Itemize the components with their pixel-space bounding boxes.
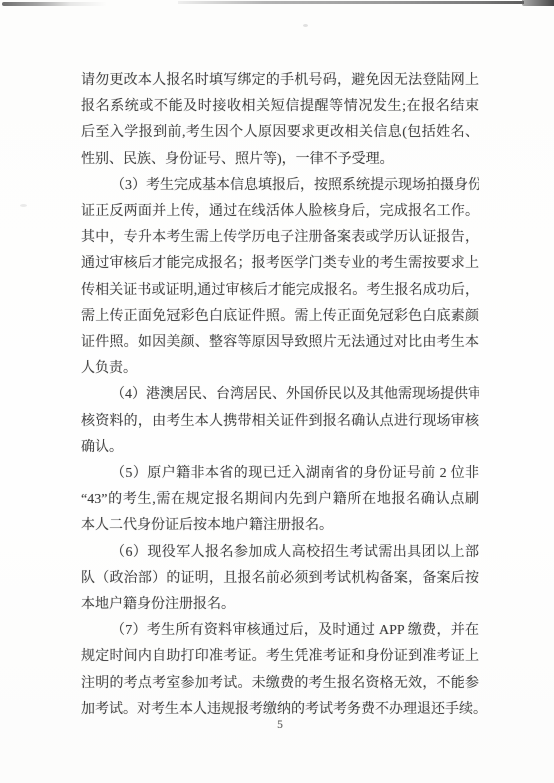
text-line: 队（政治部）的证明，且报名前必须到考试机构备案，备案后按: [81, 566, 479, 592]
scanned-page: 请勿更改本人报名时填写绑定的手机号码，避免因无法登陆网上报名系统或不能及时接收相…: [0, 0, 554, 783]
text-line: 后至入学报到前,考生因个人原因要求更改相关信息(包括姓名、: [81, 120, 479, 146]
text-line: （3）考生完成基本信息填报后，按照系统提示现场拍摄身份: [81, 173, 479, 199]
text-line: 证正反两面并上传，通过在线活体人脸核身后，完成报名工作。: [81, 199, 479, 225]
document-body: 请勿更改本人报名时填写绑定的手机号码，避免因无法登陆网上报名系统或不能及时接收相…: [81, 68, 479, 723]
text-line: 人负责。: [81, 356, 479, 382]
text-line: “43”的考生,需在规定报名期间内先到户籍所在地报名确认点刷: [81, 487, 479, 513]
paragraph-item-5: （5）原户籍非本省的现已迁入湖南省的身份证号前 2 位非“43”的考生,需在规定…: [81, 461, 479, 540]
text-line: 其中，专升本考生需上传学历电子注册备案表或学历认证报告，: [81, 225, 479, 251]
scan-artifact-top-left-streak: [2, 2, 107, 6]
text-line: 证件照。如因美颜、整容等原因导致照片无法通过对比由考生本: [81, 330, 479, 356]
scan-smudge: [303, 24, 308, 27]
paragraph-item-6: （6）现役军人报名参加成人高校招生考试需出具团以上部队（政治部）的证明，且报名前…: [81, 540, 479, 619]
text-line: 性别、民族、身份证号、照片等)，一律不予受理。: [81, 147, 479, 173]
page-number: 5: [81, 719, 479, 731]
text-line: 通过审核后才能完成报名；报考医学门类专业的考生需按要求上: [81, 251, 479, 277]
paragraph-item-3: （3）考生完成基本信息填报后，按照系统提示现场拍摄身份证正反两面并上传，通过在线…: [81, 173, 479, 383]
text-line: 传相关证书或证明,通过审核后才能完成报名。考生报名成功后，: [81, 278, 479, 304]
text-line: （7）考生所有资料审核通过后，及时通过 APP 缴费，并在: [81, 618, 479, 644]
text-line: 需上传正面免冠彩色白底证件照。需上传正面免冠彩色白底素颜: [81, 304, 479, 330]
scan-artifact-top-line: [178, 1, 524, 4]
text-line: （4）港澳居民、台湾居民、外国侨民以及其他需现场提供审: [81, 382, 479, 408]
text-line: （6）现役军人报名参加成人高校招生考试需出具团以上部: [81, 540, 479, 566]
text-line: 注明的考点考室参加考试。未缴费的考生报名资格无效，不能参: [81, 671, 479, 697]
text-line: 本人二代身份证后按本地户籍注册报名。: [81, 513, 479, 539]
text-line: 本地户籍身份注册报名。: [81, 592, 479, 618]
paragraph-item-7: （7）考生所有资料审核通过后，及时通过 APP 缴费，并在规定时间内自助打印准考…: [81, 618, 479, 723]
text-line: 请勿更改本人报名时填写绑定的手机号码，避免因无法登陆网上: [81, 68, 479, 94]
text-line: （5）原户籍非本省的现已迁入湖南省的身份证号前 2 位非: [81, 461, 479, 487]
scan-smudge: [20, 204, 27, 207]
text-line: 确认。: [81, 435, 479, 461]
text-line: 规定时间内自助打印准考证。考生凭准考证和身份证到准考证上: [81, 644, 479, 670]
text-line: 报名系统或不能及时接收相关短信提醒等情况发生;在报名结束: [81, 94, 479, 120]
paragraph-intro-continuation: 请勿更改本人报名时填写绑定的手机号码，避免因无法登陆网上报名系统或不能及时接收相…: [81, 68, 479, 173]
paragraph-item-4: （4）港澳居民、台湾居民、外国侨民以及其他需现场提供审核资料的，由考生本人携带相…: [81, 382, 479, 461]
scan-artifact-top-right-corner: [522, 0, 554, 6]
text-line: 核资料的，由考生本人携带相关证件到报名确认点进行现场审核: [81, 409, 479, 435]
